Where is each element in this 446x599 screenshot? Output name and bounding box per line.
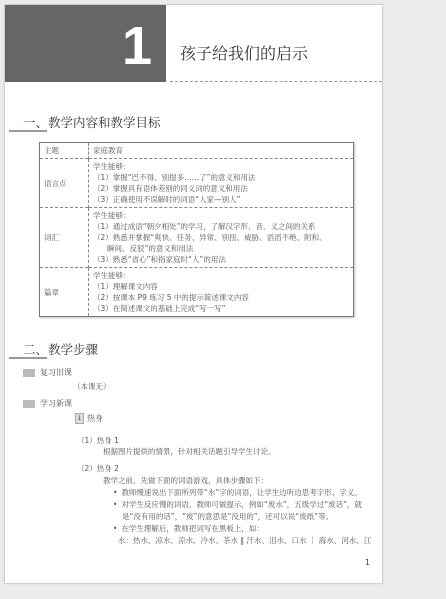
review-note: （本课无）	[73, 381, 111, 392]
table-key: 主题	[40, 143, 89, 159]
line: （1）通过成语“朝夕相处”的学习，了解汉字形、音、义之间的关系	[93, 221, 349, 232]
subheading-label: 复习旧课	[40, 367, 72, 378]
line: （3）熟悉“省心”和指家庭时“人”的用法	[93, 254, 349, 265]
table-key: 词汇	[40, 208, 89, 268]
subheading-label: 学习新课	[40, 398, 72, 409]
section-heading-1: 一、教学内容和教学目标	[23, 113, 161, 131]
heading-underline	[9, 357, 47, 359]
line: （2）按课本 P9 练习 5 中的提示简述课文内容	[93, 292, 349, 303]
line: 学生能够：	[93, 161, 349, 172]
table-value: 家庭教育	[89, 143, 354, 159]
table-value: 学生能够： （1）理解课文内容 （2）按课本 P9 练习 5 中的提示简述课文内…	[89, 268, 354, 317]
section-marker-icon	[23, 369, 35, 377]
step-number-icon: 1	[75, 413, 84, 424]
step-label: 热身	[87, 413, 103, 424]
line: 瞬间、反驳”的意义和用法	[93, 243, 349, 254]
line: （1）理解课文内容	[93, 281, 349, 292]
line: （2）掌握具有语体差别的同义词的意义和用法	[93, 183, 349, 194]
warmup2-title: （2）热身 2	[77, 463, 119, 474]
warmup2-intro: 教学之前，先做下面的词语游戏，具体步骤如下：	[103, 475, 268, 486]
table-row: 语言点 学生能够： （1）掌握“巴不得、别提多……了”的意义和用法 （2）掌握具…	[40, 159, 354, 208]
warmup1-title: （1）热身 1	[77, 435, 119, 446]
table-value: 学生能够： （1）掌握“巴不得、别提多……了”的意义和用法 （2）掌握具有语体差…	[89, 159, 354, 208]
table-row: 主题 家庭教育	[40, 143, 354, 159]
line: 学生能够：	[93, 210, 349, 221]
chapter-number-block: 1	[5, 5, 166, 82]
document-page: 1 孩子给我们的启示 一、教学内容和教学目标 主题 家庭教育 语言点 学生能够：…	[4, 4, 383, 584]
header-divider	[170, 81, 382, 82]
table-key: 语言点	[40, 159, 89, 208]
bullet-continuation: 是“没有用的话”，“废”的意思是“没用的”，还可以说“废纸”等。	[122, 511, 333, 522]
word-line: 水：热水、凉水、凉水、冷水、茶水 ‖ 汗水、泪水、口水 ｜ 海水、河水、江	[118, 535, 371, 546]
page-number: 1	[365, 558, 370, 567]
bullet-item: 教师慢速说出下面所列带“水”字的词语，让学生边听边思考字形、字义。	[113, 487, 362, 498]
line: （3）正确使用不误解时的词语“人家—别人”	[93, 194, 349, 205]
section-title: 一、教学内容和教学目标	[23, 115, 161, 130]
heading-underline	[9, 130, 47, 132]
table-key: 篇章	[40, 268, 89, 317]
chapter-number: 1	[122, 19, 152, 73]
line: （2）熟悉并掌握“爽快、任务、异常、别扭、威胁、滔滔不绝、附和、	[93, 232, 349, 243]
table-row: 篇章 学生能够： （1）理解课文内容 （2）按课本 P9 练习 5 中的提示简述…	[40, 268, 354, 317]
line: 学生能够：	[93, 270, 349, 281]
line: （3）在简述课文的基础上完成“写一写”	[93, 303, 349, 314]
section-heading-2: 二、教学步骤	[23, 340, 98, 358]
warmup1-text: 根据图片提供的情景，针对相关话题引导学生讨论。	[103, 446, 276, 457]
subheading-new: 学习新课	[23, 398, 72, 409]
chapter-title: 孩子给我们的启示	[180, 41, 308, 64]
section-marker-icon	[23, 400, 35, 408]
subheading-review: 复习旧课	[23, 367, 72, 378]
section-title: 二、教学步骤	[23, 342, 98, 357]
table-row: 词汇 学生能够： （1）通过成语“朝夕相处”的学习，了解汉字形、音、义之间的关系…	[40, 208, 354, 268]
table-value: 学生能够： （1）通过成语“朝夕相处”的学习，了解汉字形、音、义之间的关系 （2…	[89, 208, 354, 268]
bullet-item: 在学生理解后，教师把词写在黑板上，如：	[113, 523, 264, 534]
line: （1）掌握“巴不得、别提多……了”的意义和用法	[93, 172, 349, 183]
bullet-item: 对学生反应慢的词语，教师可做提示，例如“废水”，五级学过“废话”，就	[113, 499, 362, 510]
goals-table: 主题 家庭教育 语言点 学生能够： （1）掌握“巴不得、别提多……了”的意义和用…	[39, 142, 354, 317]
step-heading: 1 热身	[75, 413, 103, 424]
